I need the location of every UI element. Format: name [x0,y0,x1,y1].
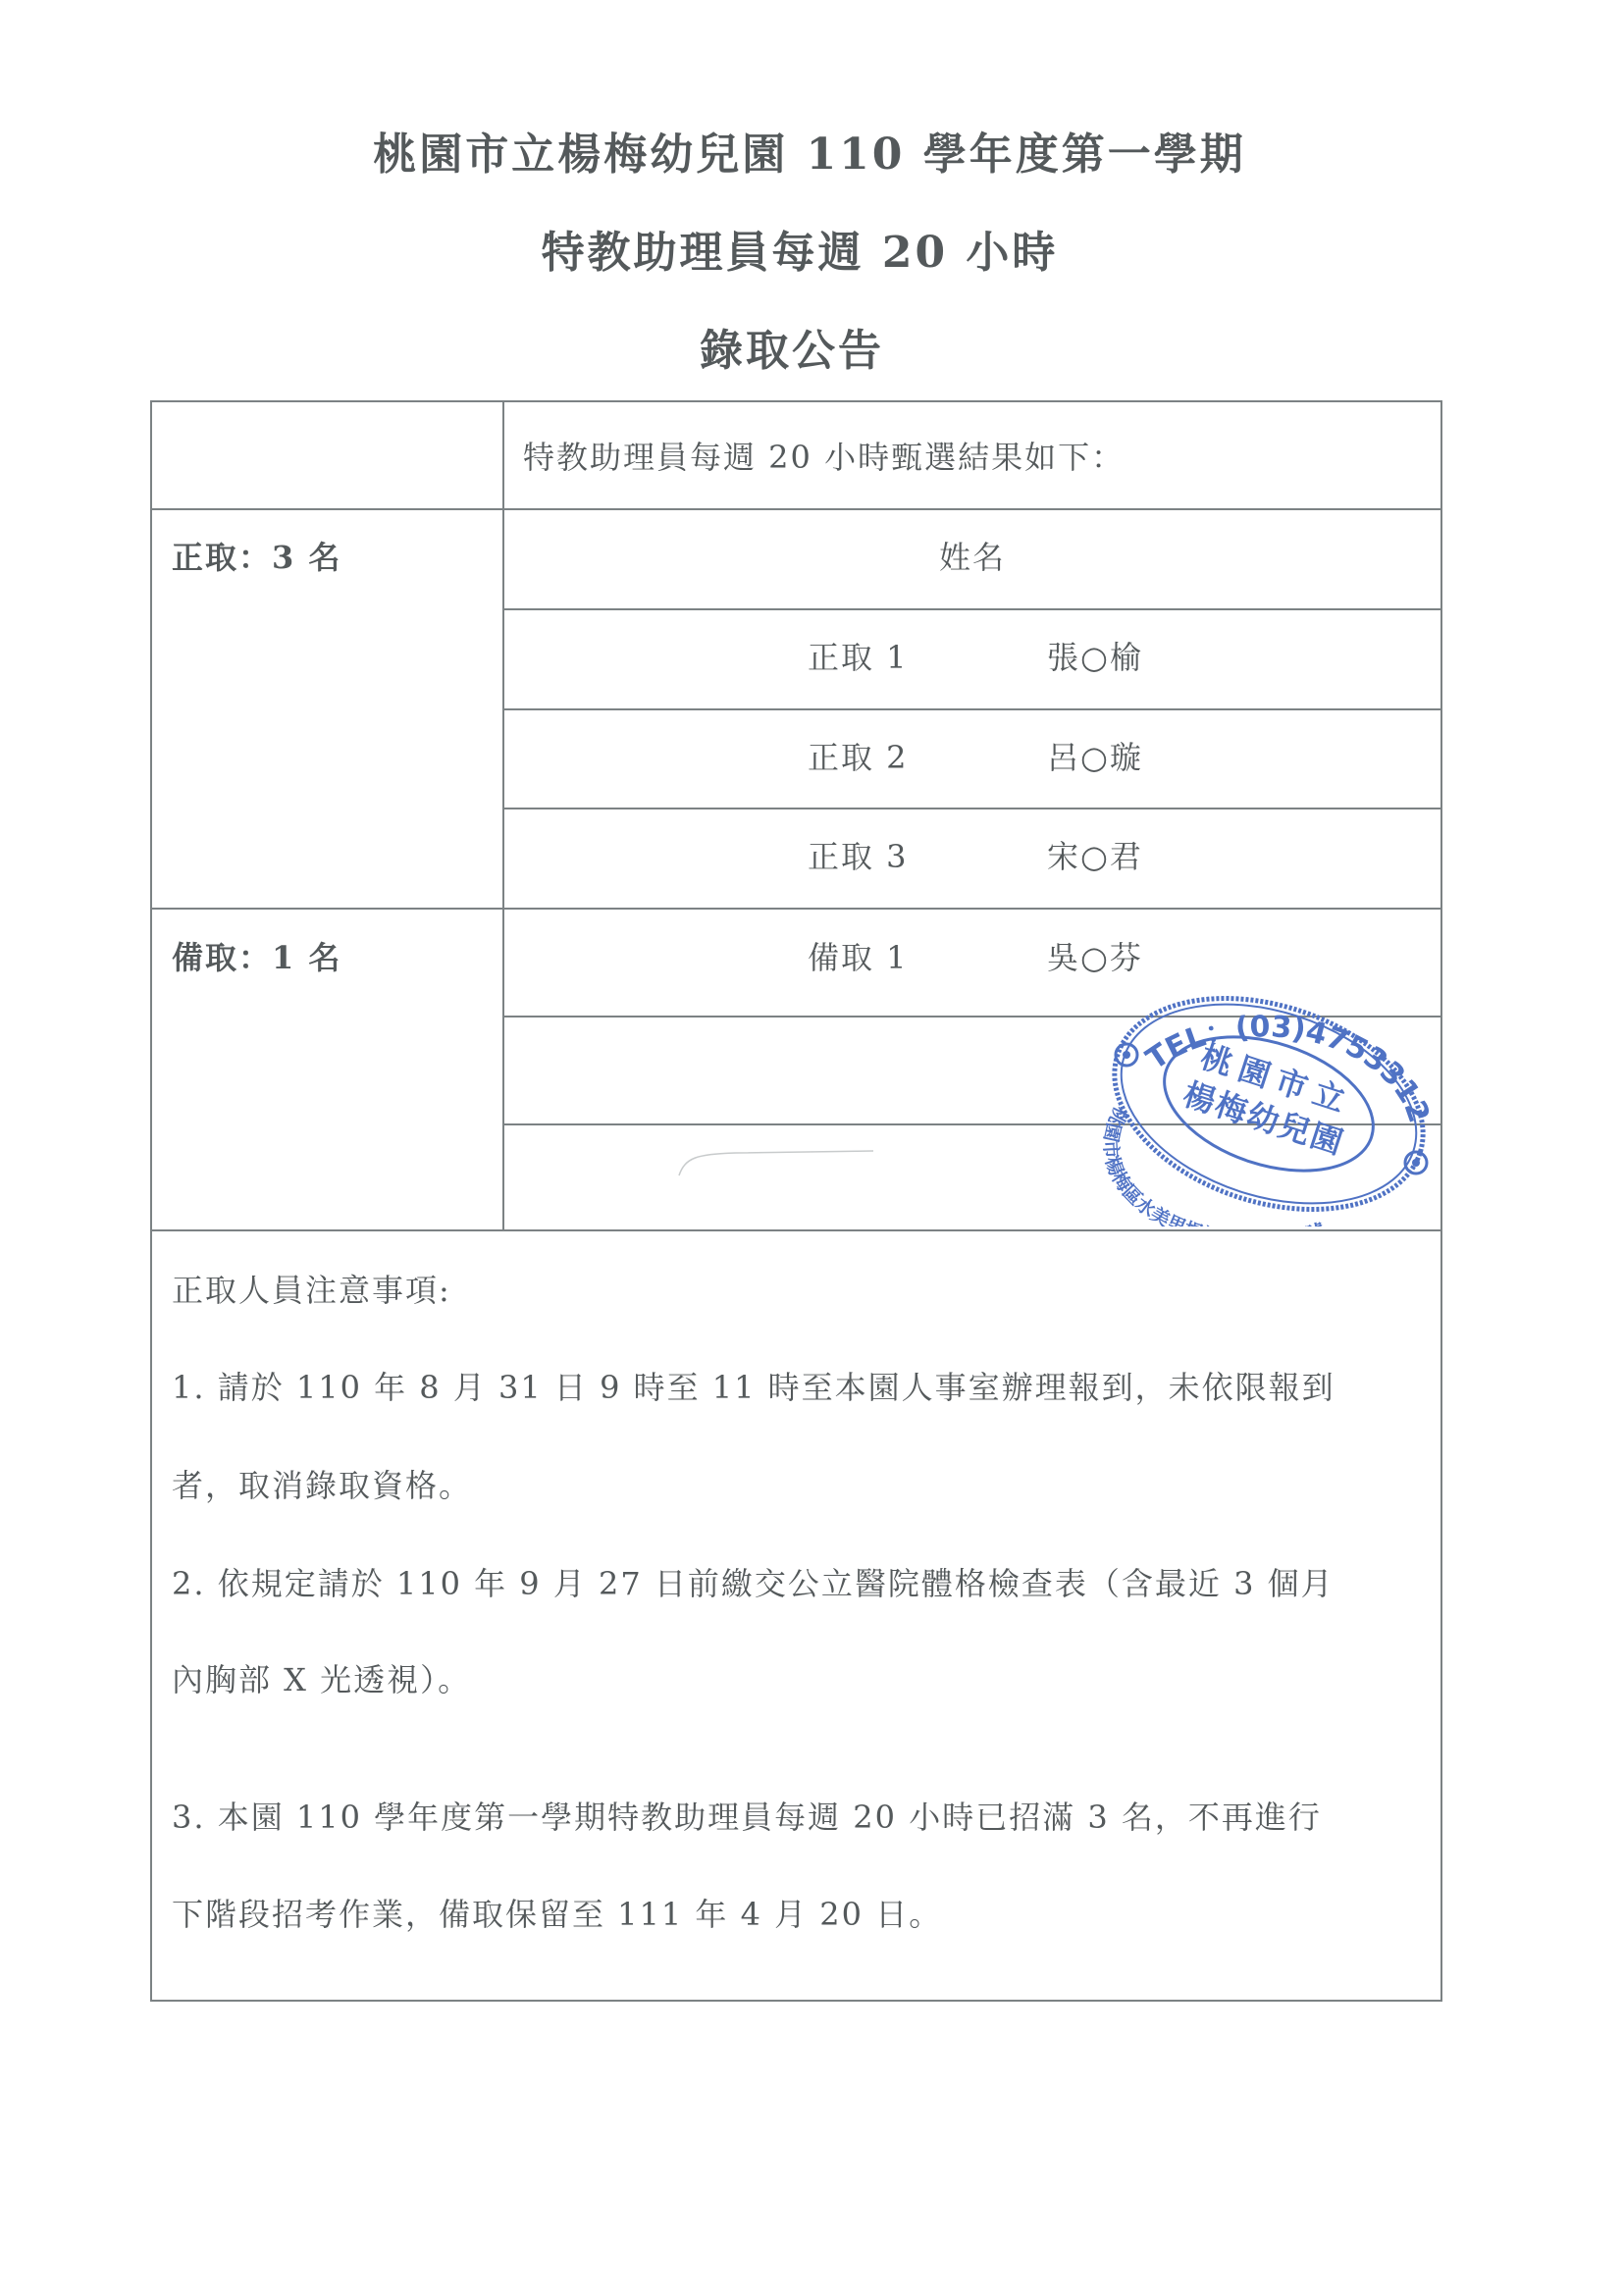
names-column-header: 姓名 [939,542,1006,573]
row-divider [502,608,1440,610]
note-item-2: 2. 依規定請於 110 年 9 月 27 日前繳交公立醫院體格檢查表（含最近 … [172,1568,1335,1599]
announcement-heading: 錄取公告 [0,330,1603,373]
note-item-1: 1. 請於 110 年 8 月 31 日 9 時至 11 時至本園人事室辦理報到… [172,1372,1335,1403]
column-divider [502,402,504,1231]
rank-label: 備取 1 [808,942,909,973]
rank-label: 正取 3 [808,841,909,872]
note-item-3-cont: 下階段招考作業，備取保留至 111 年 4 月 20 日。 [172,1899,942,1930]
document-subtitle: 特教助理員每週 20 小時 [0,232,1611,275]
row-divider [502,1123,1440,1125]
candidate-name: 呂○璇 [1047,742,1143,773]
note-item-1-cont: 者，取消錄取資格。 [172,1470,472,1501]
note-item-3: 3. 本園 110 學年度第一學期特教助理員每週 20 小時已招滿 3 名，不再… [172,1801,1322,1833]
candidate-name: 宋○君 [1047,841,1143,872]
results-intro: 特教助理員每週 20 小時甄選結果如下： [523,442,1125,473]
candidate-name: 吳○芬 [1047,942,1143,973]
row-divider [502,1016,1440,1018]
row-divider [152,908,1440,910]
waitlist-count-label: 備取：1 名 [172,942,341,973]
document-title: 桃園市立楊梅幼兒園 110 學年度第一學期 [0,133,1621,177]
candidate-name: 張○榆 [1047,642,1143,673]
rank-label: 正取 1 [808,642,909,673]
row-divider [152,1229,1440,1231]
results-table: 特教助理員每週 20 小時甄選結果如下： 正取：3 名 姓名 正取 1 張○榆 … [150,400,1442,2002]
admitted-count-label: 正取：3 名 [172,542,341,573]
row-divider [152,508,1440,510]
row-divider [502,708,1440,710]
stray-mark [677,1148,873,1177]
note-item-2-cont: 內胸部 X 光透視）。 [172,1664,471,1696]
notes-heading: 正取人員注意事項: [172,1275,451,1306]
rank-label: 正取 2 [808,742,909,773]
row-divider [502,808,1440,809]
